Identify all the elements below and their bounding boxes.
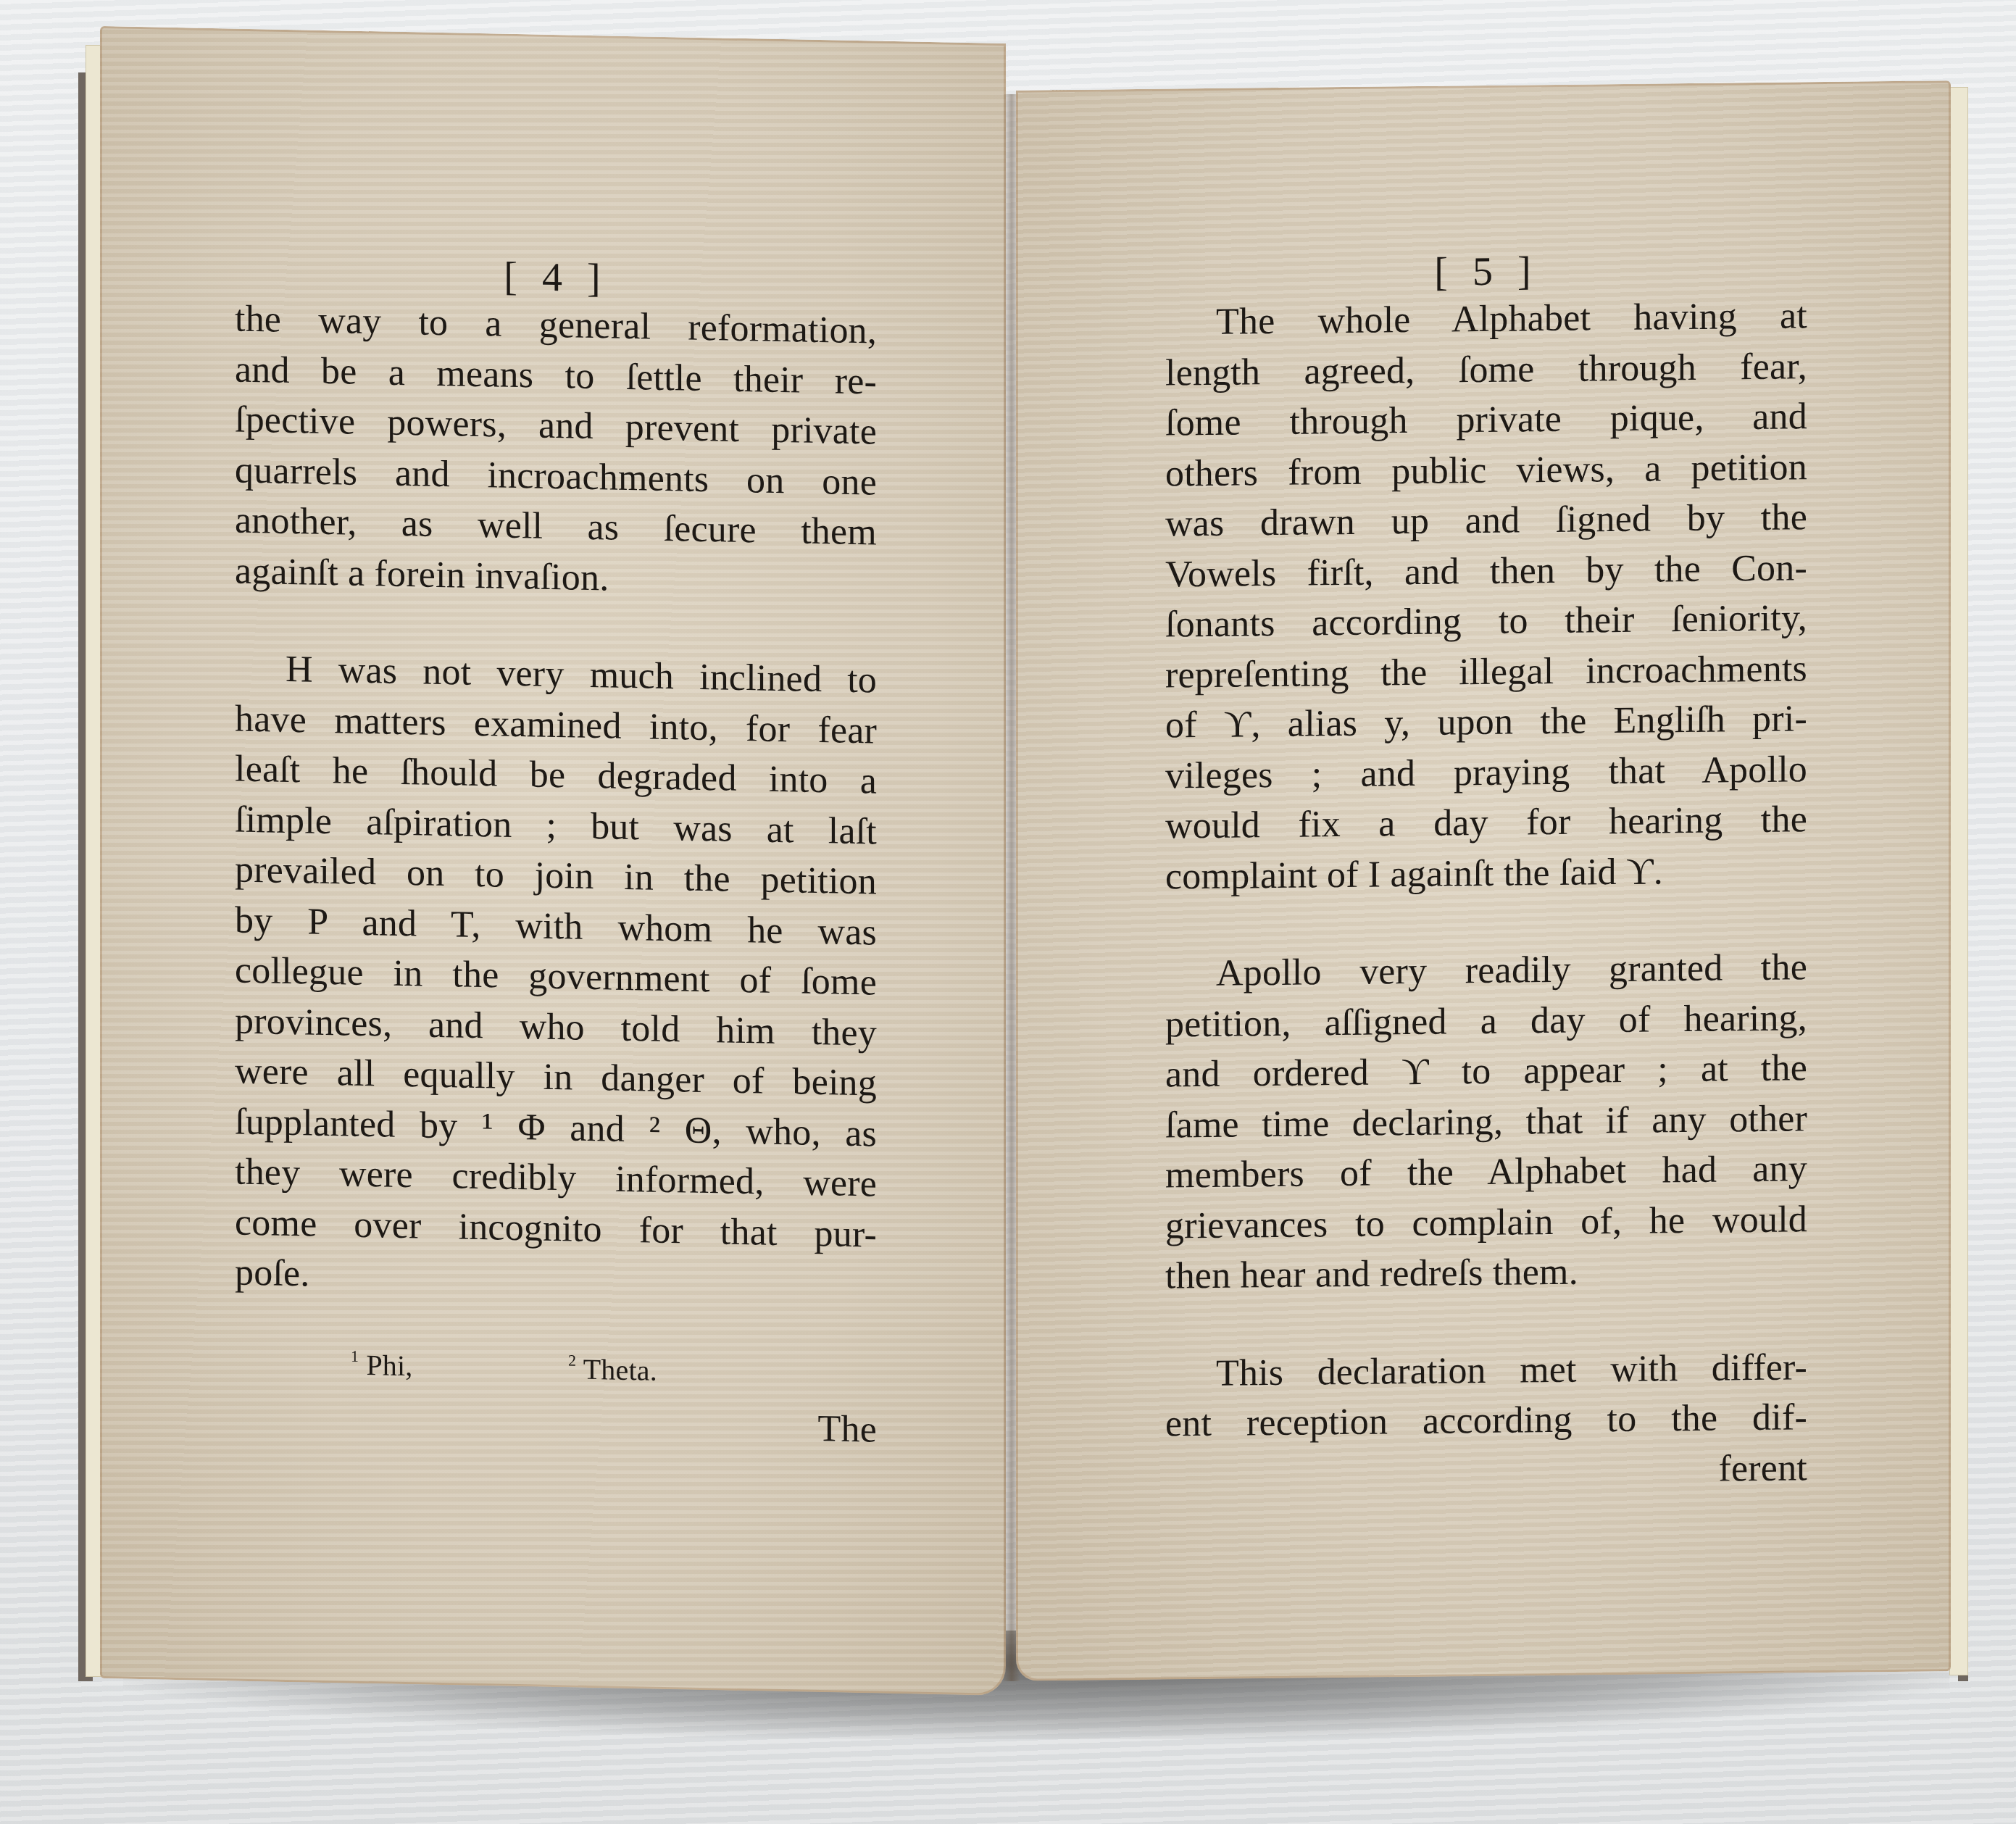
catchword: The <box>235 1392 877 1455</box>
left-page: [ 4 ] the way to a general reformation, … <box>100 26 1006 1696</box>
paragraph-gap <box>1165 1295 1807 1349</box>
text-line: Apollo very readily granted the <box>1165 942 1807 999</box>
right-page-text-block: [ 5 ] The whole Alphabet having at lengt… <box>1165 243 1807 1499</box>
text-line: ſonants according to their ſeniority, <box>1165 593 1807 650</box>
paragraph: The whole Alphabet having at length agre… <box>1165 291 1807 901</box>
text-line: length agreed, ſome through fear, <box>1165 341 1807 399</box>
text-line: ent reception according to the dif- <box>1165 1392 1807 1449</box>
text-line: complaint of I againſt the ſaid ϒ. <box>1165 845 1807 902</box>
text-line: members of the Alphabet had any <box>1165 1144 1807 1201</box>
footnote-marker: 1 <box>351 1346 359 1365</box>
endpaper-right <box>1949 87 1968 1675</box>
text-line: The whole Alphabet having at <box>1165 291 1807 348</box>
text-line: grievances to complain of, he would <box>1165 1194 1807 1252</box>
paragraph: This declaration met with differ- ent re… <box>1165 1342 1807 1449</box>
footnotes: 1 Phi, 2 Theta. <box>235 1336 877 1391</box>
text-line: and ordered ϒ to appear ; at the <box>1165 1043 1807 1100</box>
footnote-phi: 1 Phi, <box>351 1338 413 1384</box>
text-line: others from public views, a petition <box>1165 442 1807 499</box>
text-line: ſame time declaring, that if any other <box>1165 1094 1807 1151</box>
paragraph: the way to a general reformation, and be… <box>235 294 877 609</box>
text-line: then hear and redreſs them. <box>1165 1244 1807 1302</box>
footnote-text: Phi, <box>366 1349 412 1382</box>
text-line: ſome through private pique, and <box>1165 391 1807 449</box>
text-line: was drawn up and ſigned by the <box>1165 492 1807 549</box>
text-line: Vowels firſt, and then by the Con- <box>1165 543 1807 600</box>
paragraph: H was not very much inclined to have mat… <box>235 644 877 1311</box>
text-line: petition, aſſigned a day of hearing, <box>1165 993 1807 1050</box>
footnote-text: Theta. <box>583 1352 657 1386</box>
paragraph: Apollo very readily granted the petition… <box>1165 942 1807 1302</box>
text-line: This declaration met with differ- <box>1165 1342 1807 1399</box>
paragraph-gap <box>1165 895 1807 949</box>
text-line: repreſenting the illegal incroachments <box>1165 644 1807 701</box>
footnote-marker: 2 <box>568 1351 576 1369</box>
left-page-text-block: [ 4 ] the way to a general reformation, … <box>235 246 877 1455</box>
catchword: ferent <box>1165 1443 1807 1500</box>
text-line: vileges ; and praying that Apollo <box>1165 744 1807 801</box>
right-page: [ 5 ] The whole Alphabet having at lengt… <box>1016 80 1951 1681</box>
text-line: would fix a day for hearing the <box>1165 794 1807 851</box>
footnote-theta: 2 Theta. <box>568 1342 657 1388</box>
text-line: of ϒ, alias y, upon the Engliſh pri- <box>1165 694 1807 751</box>
